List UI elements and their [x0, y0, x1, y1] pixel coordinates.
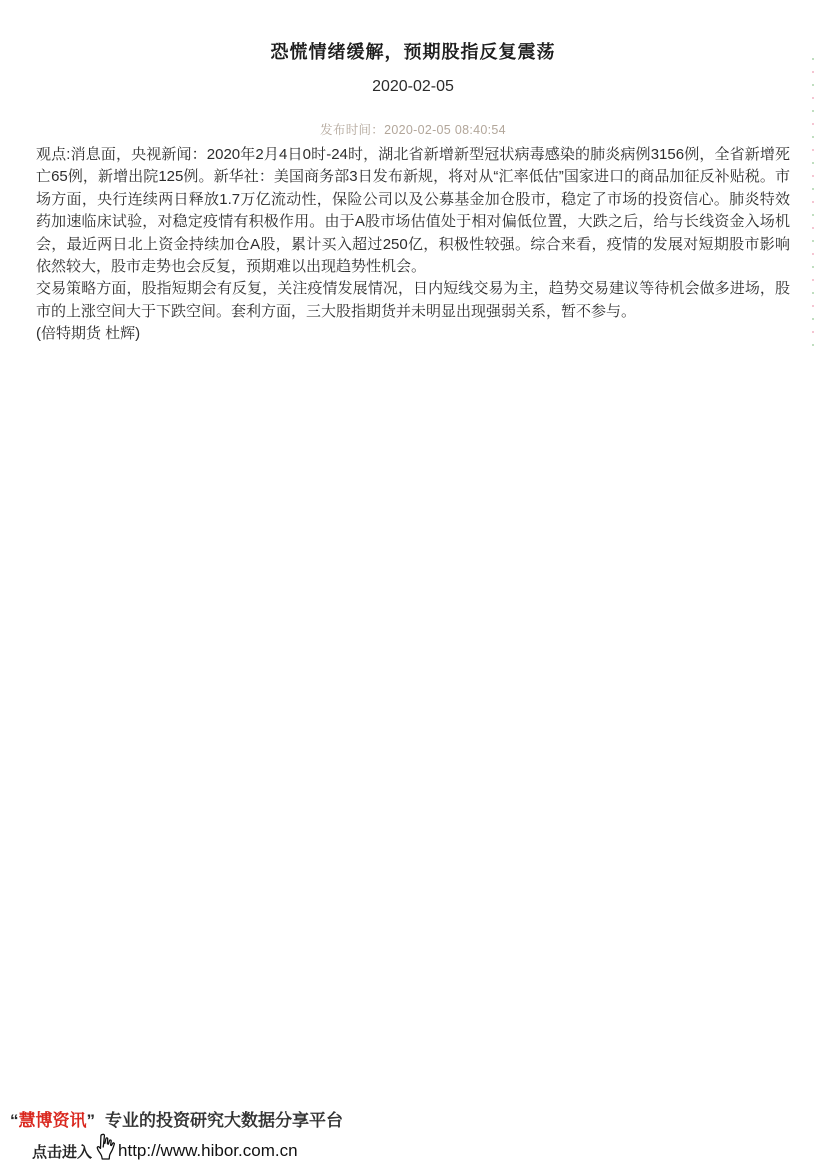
footer-cta-line: 点击进入 http://www.hibor.com.cn — [32, 1135, 343, 1167]
article-paragraph: 观点:消息面，央视新闻：2020年2月4日0时-24时，湖北省新增新型冠状病毒感… — [36, 144, 790, 278]
article-body: 观点:消息面，央视新闻：2020年2月4日0时-24时，湖北省新增新型冠状病毒感… — [36, 144, 790, 346]
footer-brand-block: “慧博资讯”专业的投资研究大数据分享平台 点击进入 http://www.hib… — [10, 1106, 343, 1167]
report-date: 2020-02-05 — [0, 78, 826, 96]
hand-pointer-icon — [94, 1133, 115, 1165]
page-title: 恐慌情绪缓解，预期股指反复震荡 — [0, 38, 826, 64]
footer-brand-line: “慧博资讯”专业的投资研究大数据分享平台 — [10, 1106, 343, 1131]
hibor-url-link[interactable]: http://www.hibor.com.cn — [118, 1141, 298, 1161]
brand-quote-close: ” — [87, 1111, 96, 1130]
publish-time-label: 发布时间：2020-02-05 08:40:54 — [0, 120, 826, 138]
brand-quote-open: “ — [10, 1111, 19, 1130]
edge-artifact-dots — [812, 58, 814, 346]
cta-label[interactable]: 点击进入 — [32, 1141, 92, 1162]
article-paragraph: 交易策略方面，股指短期会有反复，关注疫情发展情况，日内短线交易为主，趋势交易建议… — [36, 278, 790, 323]
brand-name: 慧博资讯 — [19, 1111, 87, 1130]
brand-tagline: 专业的投资研究大数据分享平台 — [105, 1111, 343, 1130]
article-byline: (倍特期货 杜辉) — [36, 323, 790, 345]
